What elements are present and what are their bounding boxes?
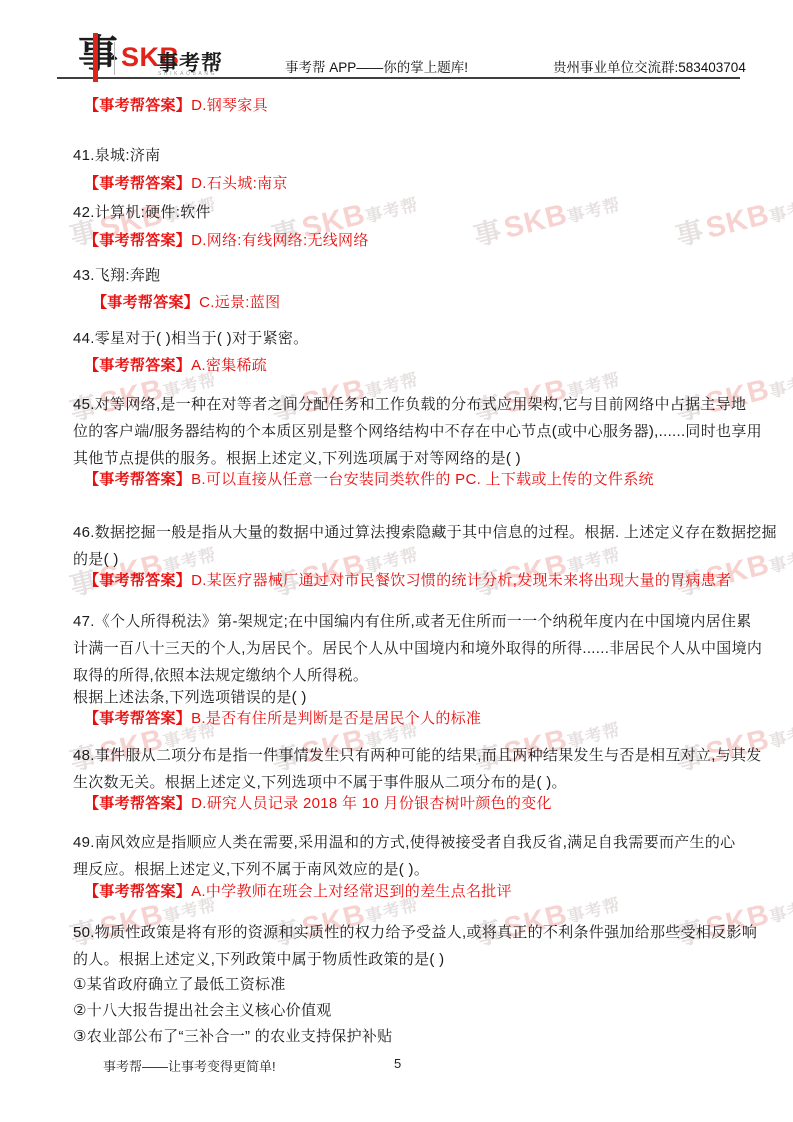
page-header: 事 SKB 事考帮 SHIKAOBANG 事考帮 APP——你的掌上题库! 贵州… xyxy=(0,0,793,90)
answer-line: 【事考帮答案】D.网络:有线网络:无线网络 xyxy=(84,232,369,250)
question-line: 理反应。根据上述定义,下列不属于南风效应的是( )。 xyxy=(73,861,429,879)
answer-line: 【事考帮答案】A.中学教师在班会上对经常迟到的差生点名批评 xyxy=(84,883,512,901)
header-qq-group: 贵州事业单位交流群:583403704 xyxy=(553,56,746,76)
question-line: 45.对等网络,是一种在对等者之间分配任务和工作负载的分布式应用架构,它与目前网… xyxy=(73,396,746,414)
question-line: ①某省政府确立了最低工资标准 xyxy=(73,976,286,994)
questions-content: 【事考帮答案】D.钢琴家具41.泉城:济南【事考帮答案】D.石头城:南京42.计… xyxy=(0,0,793,1122)
question-line: 生次数无关。根据上述定义,下列选项中不属于事件服从二项分布的是( )。 xyxy=(73,774,567,792)
answer-line: 【事考帮答案】D.钢琴家具 xyxy=(84,97,268,115)
question-line: ②十八大报告提出社会主义核心价值观 xyxy=(73,1002,332,1020)
footer-slogan: 事考帮——让事考变得更简单! xyxy=(103,1056,276,1075)
answer-line: 【事考帮答案】D.石头城:南京 xyxy=(84,175,288,193)
question-line: 的是( ) xyxy=(73,551,119,569)
answer-line: 【事考帮答案】B.是否有住所是判断是否是居民个人的标准 xyxy=(84,710,481,728)
answer-line: 【事考帮答案】C.远景:蓝图 xyxy=(92,294,280,312)
question-line: 47.《个人所得税法》第-架规定;在中国编内有住所,或者无住所而一一个纳税年度内… xyxy=(73,613,752,631)
question-line: 44.零星对于( )相当于( )对于紧密。 xyxy=(73,330,308,348)
logo-red-stroke xyxy=(93,33,98,82)
question-line: 41.泉城:济南 xyxy=(73,147,160,165)
question-line: 根据上述法条,下列选项错误的是( ) xyxy=(73,689,307,707)
document-page: { "header": { "logo": { "mark": "事", "sk… xyxy=(0,0,793,1122)
page-footer: 事考帮——让事考变得更简单! 5 xyxy=(0,1052,793,1082)
question-line: 46.数据挖掘一般是指从大量的数据中通过算法搜索隐藏于其中信息的过程。根据. 上… xyxy=(73,524,777,542)
question-line: 计满一百八十三天的个人,为居民个。居民个人从中国境内和境外取得的所得......… xyxy=(73,640,762,658)
question-line: 42.计算机:硬件:软件 xyxy=(73,204,211,222)
answer-line: 【事考帮答案】B.可以直接从任意一台安装同类软件的 PC. 上下载或上传的文件系… xyxy=(84,471,654,489)
question-line: 50.物质性政策是将有形的资源和实质性的权力给予受益人,或将真正的不利条件强加给… xyxy=(73,924,757,942)
question-line: 位的客户端/服务器结构的个本质区别是整个网络结构中不存在中心节点(或中心服务器)… xyxy=(73,423,762,441)
question-line: 取得的所得,依照本法规定缴纳个人所得税。 xyxy=(73,667,368,685)
answer-line: 【事考帮答案】D.某医疗器械厂通过对市民餐饮习惯的统计分析,发现未来将出现大量的… xyxy=(84,572,731,590)
question-line: 43.飞翔:奔跑 xyxy=(73,267,160,285)
question-line: 的人。根据上述定义,下列政策中属于物质性政策的是( ) xyxy=(73,951,444,969)
question-line: 48.事件服从二项分布是指一件事情发生只有两种可能的结果,而且两种结果发生与否是… xyxy=(73,747,762,765)
header-rule xyxy=(57,77,740,79)
header-app-slogan: 事考帮 APP——你的掌上题库! xyxy=(285,56,468,76)
question-line: 其他节点提供的服务。根据上述定义,下列选项属于对等网络的是( ) xyxy=(73,450,521,468)
page-number: 5 xyxy=(394,1056,401,1071)
answer-line: 【事考帮答案】A.密集稀疏 xyxy=(84,357,267,375)
answer-line: 【事考帮答案】D.研究人员记录 2018 年 10 月份银杏树叶颜色的变化 xyxy=(84,795,552,813)
logo-divider xyxy=(114,42,115,75)
question-line: ③农业部公布了“三补合一” 的农业支持保护补贴 xyxy=(73,1028,393,1046)
question-line: 49.南风效应是指顺应人类在需要,采用温和的方式,使得被接受者自我反省,满足自我… xyxy=(73,834,735,852)
